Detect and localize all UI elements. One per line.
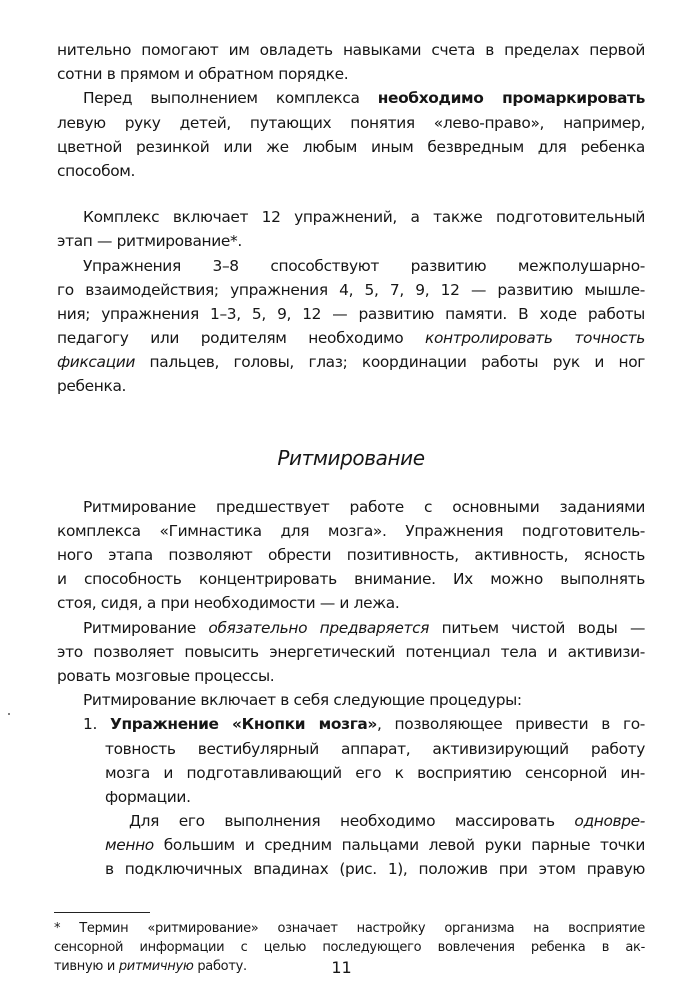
text-line: менно большим и средним пальцами левой р… bbox=[105, 833, 645, 857]
text-span: пальцев, головы, глаз; координации работ… bbox=[135, 353, 645, 371]
page-number: 11 bbox=[0, 958, 683, 977]
text-span: питьем чистой воды — bbox=[429, 619, 645, 637]
text-line: левую руку детей, путающих понятия «лево… bbox=[57, 111, 645, 135]
text-line: педагогу или родителям необходимо контро… bbox=[57, 326, 645, 350]
text-line: Комплекс включает 12 упражнений, а также… bbox=[57, 205, 645, 229]
text-line: фиксации пальцев, головы, глаз; координа… bbox=[57, 350, 645, 374]
footnote-line: * Термин «ритмирование» означает настрой… bbox=[54, 919, 645, 938]
text-line: в подключичных впадинах (рис. 1), положи… bbox=[105, 857, 645, 881]
text-line: товность вестибулярный аппарат, активизи… bbox=[105, 737, 645, 761]
text-span: педагогу или родителям необходимо bbox=[57, 329, 425, 347]
italic-emphasis: менно bbox=[105, 836, 154, 854]
text-line: ния; упражнения 1–3, 5, 9, 12 — развитию… bbox=[57, 302, 645, 326]
footnote-divider bbox=[54, 912, 150, 914]
paragraph-rhythm: Ритмирование предшествует работе с основ… bbox=[57, 495, 645, 616]
text-line: 1. Упражнение «Кнопки мозга», позволяюще… bbox=[83, 712, 645, 736]
text-span: Ритмирование bbox=[83, 619, 208, 637]
bold-emphasis: Упражнение «Кнопки мозга» bbox=[110, 715, 377, 733]
paragraph-marking: Перед выполнением комплекса необходимо п… bbox=[57, 86, 645, 183]
text-line: Ритмирование предшествует работе с основ… bbox=[57, 495, 645, 519]
text-line: это позволяет повысить энергетический по… bbox=[57, 640, 645, 664]
scan-speck bbox=[8, 713, 10, 715]
text-line: го взаимодействия; упражнения 4, 5, 7, 9… bbox=[57, 278, 645, 302]
italic-emphasis: контролировать точность bbox=[425, 329, 645, 347]
list-marker: 1. bbox=[83, 715, 110, 733]
text-line: способом. bbox=[57, 159, 645, 183]
italic-emphasis: фиксации bbox=[57, 353, 135, 371]
list-item: 1. Упражнение «Кнопки мозга», позволяюще… bbox=[105, 712, 645, 881]
italic-emphasis: одновре- bbox=[574, 812, 645, 830]
text-span: большим и средним пальцами левой руки па… bbox=[154, 836, 645, 854]
text-span: , позволяющее привести в го- bbox=[377, 715, 645, 733]
footnote-line: сенсорной информации с целью последующег… bbox=[54, 938, 645, 957]
text-line: стоя, сидя, а при необходимости — и лежа… bbox=[57, 591, 645, 615]
procedure-list: 1. Упражнение «Кнопки мозга», позволяюще… bbox=[57, 712, 645, 881]
text-line: сотни в прямом и обратном порядке. bbox=[57, 62, 645, 86]
text-line: Упражнения 3–8 способствуют развитию меж… bbox=[57, 254, 645, 278]
text-line: Ритмирование обязательно предваряется пи… bbox=[57, 616, 645, 640]
text-line: нительно помогают им овладеть навыками с… bbox=[57, 38, 645, 62]
text-line: комплекса «Гимнастика для мозга». Упражн… bbox=[57, 519, 645, 543]
paragraph-exercises: Упражнения 3–8 способствуют развитию меж… bbox=[57, 254, 645, 399]
text-line: Для его выполнения необходимо массироват… bbox=[105, 809, 645, 833]
text-span: Для его выполнения необходимо массироват… bbox=[129, 812, 574, 830]
text-span: Перед выполнением комплекса bbox=[83, 89, 378, 107]
paragraph-procedures: Ритмирование включает в себя следующие п… bbox=[57, 688, 645, 712]
spacer bbox=[57, 183, 645, 205]
text-line: этап — ритмирование*. bbox=[57, 229, 645, 253]
document-page: нительно помогают им овладеть навыками с… bbox=[57, 38, 645, 976]
text-line: цветной резинкой или же любым иным безвр… bbox=[57, 135, 645, 159]
paragraph-water: Ритмирование обязательно предваряется пи… bbox=[57, 616, 645, 689]
paragraph-intro: нительно помогают им овладеть навыками с… bbox=[57, 38, 645, 86]
text-line: и способность концентрировать внимание. … bbox=[57, 567, 645, 591]
italic-emphasis: обязательно предваряется bbox=[208, 619, 429, 637]
text-line: формации. bbox=[105, 785, 645, 809]
text-line: ного этапа позволяют обрести позитивност… bbox=[57, 543, 645, 567]
text-line: мозга и подготавливающий его к восприяти… bbox=[105, 761, 645, 785]
section-heading: Ритмирование bbox=[57, 445, 645, 471]
paragraph-complex: Комплекс включает 12 упражнений, а также… bbox=[57, 205, 645, 253]
bold-emphasis: необходимо промаркировать bbox=[378, 89, 645, 107]
text-line: Перед выполнением комплекса необходимо п… bbox=[57, 86, 645, 110]
text-line: ребенка. bbox=[57, 374, 645, 398]
text-line: ровать мозговые процессы. bbox=[57, 664, 645, 688]
